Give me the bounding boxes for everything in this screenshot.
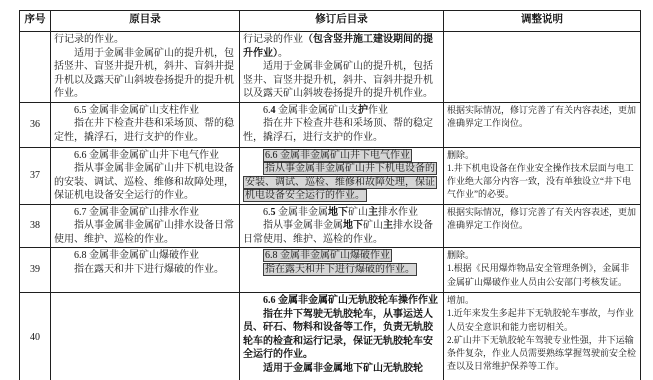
deleted-text-highlight: 指从事金属非金属矿山井下机电设备的安装、调试、巡检、维修和故障处理，保证机电设备… bbox=[243, 162, 437, 202]
paragraph: 删除。 bbox=[447, 249, 637, 262]
text-segment: 指从事金属非金属矿山排水设备日常使用、维护、巡检的作业。 bbox=[54, 220, 234, 245]
text-segment: 1.井下机电设备在作业安全操作技术层面与电工作业绝大部分内容一致，没有单独设立“… bbox=[447, 163, 634, 200]
text-segment: 2.矿山井下无轨胶轮车驾驶专业性强，井下运输条件复杂，作业人员需要熟练掌握驾驶前… bbox=[447, 335, 636, 372]
cell-revised-catalog: 6.6 金属非金属矿山井下电气作业指从事金属非金属矿山井下机电设备的安装、调试、… bbox=[240, 147, 444, 204]
text-segment: 适用于金属非金属矿山的提升机，包括竖井、盲竖井提升机，斜井、盲斜井提升机以及露天… bbox=[54, 48, 234, 100]
text-segment: 指从事金属非金属 bbox=[263, 220, 343, 231]
text-segment: 行记录的作业。 bbox=[54, 34, 124, 45]
paragraph: 6.6 金属非金属矿山井下电气作业 bbox=[243, 149, 440, 163]
cell-original-catalog bbox=[51, 293, 240, 380]
table-row: 386.7 金属非金属矿山排水作业指从事金属非金属矿山排水设备日常使用、维护、巡… bbox=[20, 204, 641, 248]
text-segment: 6.5 金属非金属矿山支柱作业 bbox=[74, 105, 199, 116]
catalog-revision-table: 序号 原目录 修订后目录 调整说明 行记录的作业。适用于金属非金属矿山的提升机，… bbox=[19, 10, 641, 380]
cell-serial: 36 bbox=[20, 102, 51, 147]
table-row: 行记录的作业。适用于金属非金属矿山的提升机，包括竖井、盲竖井提升机，斜井、盲斜井… bbox=[20, 32, 641, 103]
text-segment: 作业 bbox=[368, 105, 388, 116]
text-segment: 适用于金属非金属矿山的提升机，包括竖井、盲竖井提升机，斜井、盲斜井提升机以及露天… bbox=[243, 61, 433, 99]
bold-text: 护 bbox=[358, 105, 368, 116]
paragraph: 6.5 金属非金属矿山支柱作业 bbox=[54, 104, 236, 118]
cell-revised-catalog: 6.5 金属非金属地下矿山主排水作业指从事金属非金属地下矿山主排水设备日常使用、… bbox=[240, 204, 444, 248]
paragraph: 6.7 金属非金属矿山排水作业 bbox=[54, 206, 236, 220]
text-segment: 6.7 金属非金属矿山排水作业 bbox=[74, 207, 199, 218]
document-page: 序号 原目录 修订后目录 调整说明 行记录的作业。适用于金属非金属矿山的提升机，… bbox=[0, 0, 653, 380]
text-segment: 6.8 金属非金属矿山爆破作业 bbox=[265, 250, 390, 261]
text-segment: 6. bbox=[263, 207, 271, 218]
bold-text: 适用于金属非金属地下矿山无轨胶轮 bbox=[263, 363, 423, 374]
table-row: 366.5 金属非金属矿山支柱作业指在井下检查井巷和采场顶、帮的稳定性，撬浮石，… bbox=[20, 102, 641, 147]
paragraph: 6.6 金属非金属矿山井下电气作业 bbox=[54, 149, 236, 163]
text-segment: 。 bbox=[278, 48, 288, 59]
table-body: 行记录的作业。适用于金属非金属矿山的提升机，包括竖井、盲竖井提升机，斜井、盲斜井… bbox=[20, 32, 641, 380]
text-segment: 6.6 金属非金属矿山井下电气作业 bbox=[265, 150, 410, 161]
text-segment: 6.6 金属非金属矿山井下电气作业 bbox=[74, 150, 219, 161]
cell-adjustment-note: 删除。1.根据《民用爆炸物品安全管理条例》，金属非金属矿山爆破作业人员由公安部门… bbox=[444, 248, 641, 293]
text-segment: 根据实际情况，修订完善了有关内容表述，更加准确界定工作岗位。 bbox=[447, 105, 636, 128]
paragraph: 根据实际情况，修订完善了有关内容表述，更加准确界定工作岗位。 bbox=[447, 206, 637, 233]
bold-text: 主 bbox=[368, 207, 378, 218]
cell-adjustment-note: 增加。1.近年来发生多起井下无轨胶轮车事故，与作业人员安全意识和能力密切相关。2… bbox=[444, 293, 641, 380]
paragraph: 指从事金属非金属地下矿山主排水设备日常使用、维护、巡检的作业。 bbox=[243, 219, 440, 246]
paragraph: 指在井下检查井巷和采场顶、帮的稳定性，撬浮石，进行支护的作业。 bbox=[54, 117, 236, 144]
text-segment: 指在井下检查井巷和采场顶、帮的稳定性，撬浮石，进行支护的作业。 bbox=[54, 118, 234, 143]
paragraph: 6.4 金属非金属矿山支护作业 bbox=[243, 104, 440, 118]
text-segment: 指在井下检查井巷和采场顶、帮的稳定性，撬浮石，进行支护的作业。 bbox=[243, 118, 433, 143]
paragraph: 6.8 金属非金属矿山爆破作业 bbox=[54, 249, 236, 263]
paragraph: 指从事金属非金属矿山井下机电设备的安装、调试、巡检、维修和故障处理，保证机电设备… bbox=[243, 162, 440, 203]
paragraph: 6.8 金属非金属矿山爆破作业 bbox=[243, 249, 440, 263]
paragraph: 行记录的作业（包含竖井施工建设期间的提升作业）。 bbox=[243, 33, 440, 60]
text-segment: 增加。 bbox=[447, 295, 474, 305]
cell-serial: 37 bbox=[20, 147, 51, 204]
cell-revised-catalog: 6.4 金属非金属矿山支护作业指在井下检查井巷和采场顶、帮的稳定性，撬浮石，进行… bbox=[240, 102, 444, 147]
col-header-revised-catalog: 修订后目录 bbox=[240, 11, 444, 32]
cell-original-catalog: 行记录的作业。适用于金属非金属矿山的提升机，包括竖井、盲竖井提升机，斜井、盲斜井… bbox=[51, 32, 240, 103]
paragraph: 指在井下驾驶无轨胶轮车，从事运送人员、矸石、物料和设备等工作，负责无轨胶轮车的检… bbox=[243, 308, 440, 362]
col-header-adjustment-note: 调整说明 bbox=[444, 11, 641, 32]
text-segment: 排水作业 bbox=[378, 207, 418, 218]
bold-text: 6.6 金属非金属矿山无轨胶轮车操作作业 bbox=[263, 295, 438, 306]
paragraph: 1.根据《民用爆炸物品安全管理条例》，金属非金属矿山爆破作业人员由公安部门考核发… bbox=[447, 262, 637, 289]
cell-serial bbox=[20, 32, 51, 103]
paragraph: 1.井下机电设备在作业安全操作技术层面与电工作业绝大部分内容一致，没有单独设立“… bbox=[447, 162, 637, 202]
deleted-text-highlight: 6.6 金属非金属矿山井下电气作业 bbox=[263, 149, 412, 162]
paragraph: 指在露天和井下进行爆破的作业。 bbox=[243, 263, 440, 277]
paragraph: 指在井下检查井巷和采场顶、帮的稳定性，撬浮石，进行支护的作业。 bbox=[243, 117, 440, 144]
paragraph: 增加。 bbox=[447, 294, 637, 307]
cell-original-catalog: 6.7 金属非金属矿山排水作业指从事金属非金属矿山排水设备日常使用、维护、巡检的… bbox=[51, 204, 240, 248]
deleted-text-highlight: 指在露天和井下进行爆破的作业。 bbox=[263, 263, 417, 276]
text-segment: 行记录的作业 bbox=[243, 34, 303, 45]
paragraph: 指从事金属非金属矿山井下机电设备的安装、调试、巡检、维修和故障处理，保证机电设备… bbox=[54, 162, 236, 203]
paragraph: 删除。 bbox=[447, 149, 637, 162]
cell-original-catalog: 6.8 金属非金属矿山爆破作业指在露天和井下进行爆破的作业。 bbox=[51, 248, 240, 293]
bold-text: 主 bbox=[383, 220, 393, 231]
text-segment: 删除。 bbox=[447, 250, 474, 260]
text-segment: 金属非金属矿山支 bbox=[276, 105, 359, 116]
cell-original-catalog: 6.5 金属非金属矿山支柱作业指在井下检查井巷和采场顶、帮的稳定性，撬浮石，进行… bbox=[51, 102, 240, 147]
table-row: 406.6 金属非金属矿山无轨胶轮车操作作业指在井下驾驶无轨胶轮车，从事运送人员… bbox=[20, 293, 641, 380]
paragraph: 适用于金属非金属矿山的提升机，包括竖井、盲竖井提升机，斜井、盲斜井提升机以及露天… bbox=[243, 60, 440, 101]
text-segment: 6.8 金属非金属矿山爆破作业 bbox=[74, 250, 199, 261]
col-header-serial: 序号 bbox=[20, 11, 51, 32]
text-segment: 指从事金属非金属矿山井下机电设备的安装、调试、巡检、维修和故障处理，保证机电设备… bbox=[245, 163, 435, 201]
bold-text: 地下 bbox=[343, 220, 363, 231]
paragraph: 6.6 金属非金属矿山无轨胶轮车操作作业 bbox=[243, 294, 440, 308]
cell-serial: 38 bbox=[20, 204, 51, 248]
paragraph: 行记录的作业。 bbox=[54, 33, 236, 47]
header-row: 序号 原目录 修订后目录 调整说明 bbox=[20, 11, 641, 32]
col-header-original-catalog: 原目录 bbox=[51, 11, 240, 32]
paragraph: 适用于金属非金属地下矿山无轨胶轮 bbox=[243, 362, 440, 376]
text-segment: 指在露天和井下进行爆破的作业。 bbox=[74, 264, 224, 275]
cell-adjustment-note bbox=[444, 32, 641, 103]
text-segment: 指从事金属非金属矿山井下机电设备的安装、调试、巡检、维修和故障处理，保证机电设备… bbox=[54, 163, 234, 201]
paragraph: 2.矿山井下无轨胶轮车驾驶专业性强，井下运输条件复杂，作业人员需要熟练掌握驾驶前… bbox=[447, 334, 637, 374]
text-segment: 金属非金属 bbox=[276, 207, 329, 218]
table-row: 376.6 金属非金属矿山井下电气作业指从事金属非金属矿山井下机电设备的安装、调… bbox=[20, 147, 641, 204]
cell-revised-catalog: 行记录的作业（包含竖井施工建设期间的提升作业）。适用于金属非金属矿山的提升机，包… bbox=[240, 32, 444, 103]
table-row: 396.8 金属非金属矿山爆破作业指在露天和井下进行爆破的作业。6.8 金属非金… bbox=[20, 248, 641, 293]
text-segment: 6. bbox=[263, 105, 271, 116]
paragraph: 指从事金属非金属矿山排水设备日常使用、维护、巡检的作业。 bbox=[54, 219, 236, 246]
paragraph: 6.5 金属非金属地下矿山主排水作业 bbox=[243, 206, 440, 220]
text-segment: 1.近年来发生多起井下无轨胶轮车事故，与作业人员安全意识和能力密切相关。 bbox=[447, 308, 634, 331]
cell-adjustment-note: 根据实际情况，修订完善了有关内容表述，更加准确界定工作岗位。 bbox=[444, 204, 641, 248]
cell-revised-catalog: 6.8 金属非金属矿山爆破作业指在露天和井下进行爆破的作业。 bbox=[240, 248, 444, 293]
paragraph: 根据实际情况，修订完善了有关内容表述，更加准确界定工作岗位。 bbox=[447, 104, 637, 131]
text-segment: 指在露天和井下进行爆破的作业。 bbox=[265, 264, 415, 275]
text-segment: 删除。 bbox=[447, 150, 474, 160]
paragraph: 适用于金属非金属矿山的提升机，包括竖井、盲竖井提升机，斜井、盲斜井提升机以及露天… bbox=[54, 47, 236, 101]
cell-serial: 40 bbox=[20, 293, 51, 380]
paragraph: 1.近年来发生多起井下无轨胶轮车事故，与作业人员安全意识和能力密切相关。 bbox=[447, 307, 637, 334]
cell-serial: 39 bbox=[20, 248, 51, 293]
cell-revised-catalog: 6.6 金属非金属矿山无轨胶轮车操作作业指在井下驾驶无轨胶轮车，从事运送人员、矸… bbox=[240, 293, 444, 380]
text-segment: 矿山 bbox=[363, 220, 383, 231]
bold-text: 指在井下驾驶无轨胶轮车，从事运送人员、矸石、物料和设备等工作，负责无轨胶轮车的检… bbox=[243, 309, 433, 361]
cell-adjustment-note: 删除。1.井下机电设备在作业安全操作技术层面与电工作业绝大部分内容一致，没有单独… bbox=[444, 147, 641, 204]
bold-text: 地下 bbox=[328, 207, 348, 218]
text-segment: 1.根据《民用爆炸物品安全管理条例》，金属非金属矿山爆破作业人员由公安部门考核发… bbox=[447, 263, 629, 286]
text-segment: 根据实际情况，修订完善了有关内容表述，更加准确界定工作岗位。 bbox=[447, 207, 636, 230]
paragraph: 指在露天和井下进行爆破的作业。 bbox=[54, 263, 236, 277]
cell-adjustment-note: 根据实际情况，修订完善了有关内容表述，更加准确界定工作岗位。 bbox=[444, 102, 641, 147]
cell-original-catalog: 6.6 金属非金属矿山井下电气作业指从事金属非金属矿山井下机电设备的安装、调试、… bbox=[51, 147, 240, 204]
text-segment: 矿山 bbox=[348, 207, 368, 218]
deleted-text-highlight: 6.8 金属非金属矿山爆破作业 bbox=[263, 249, 392, 262]
